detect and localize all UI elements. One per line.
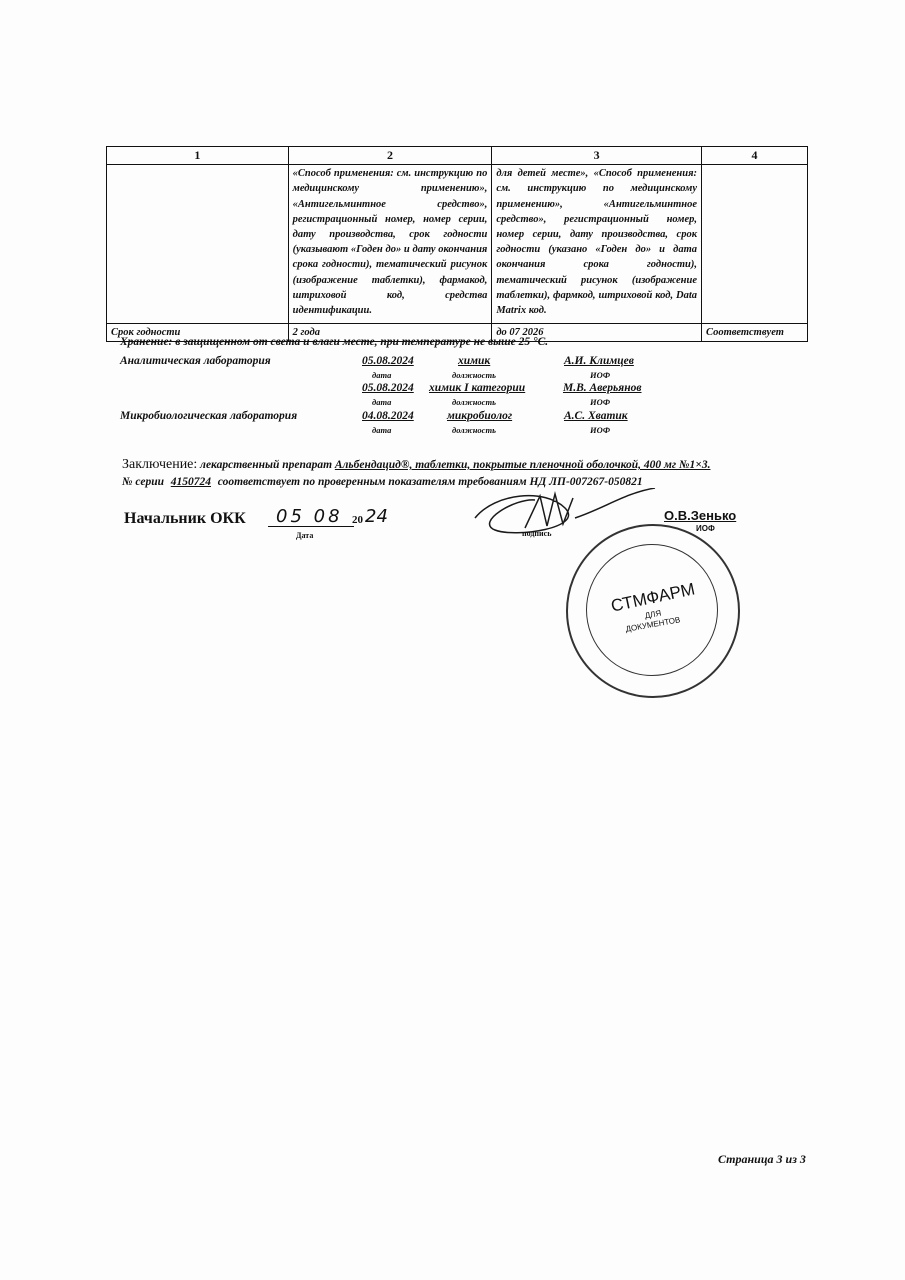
header-cell: 4 xyxy=(702,147,808,165)
conclusion-text: соответствует по проверенным показателям… xyxy=(218,476,643,488)
table-row: «Способ применения: см. инструкцию по ме… xyxy=(107,165,808,324)
header-cell: 3 xyxy=(492,147,702,165)
date-label: дата xyxy=(372,370,391,380)
handwritten-year: 24 xyxy=(365,506,388,527)
storage-note: Хранение: в защищенном от света и влаги … xyxy=(120,336,548,348)
lab-date: 04.08.2024 xyxy=(362,410,414,422)
table-header-row: 1 2 3 4 xyxy=(107,147,808,165)
signature-caption: подпись xyxy=(522,529,551,538)
table-cell: для детей месте», «Способ применения: см… xyxy=(492,165,702,324)
lab-position: химик xyxy=(458,355,490,367)
lab-name: Микробиологическая лаборатория xyxy=(120,410,297,422)
table-cell: Соответствует xyxy=(702,324,808,342)
lab-name: Аналитическая лаборатория xyxy=(120,355,271,367)
company-stamp: СТМФАРМ ДЛЯ ДОКУМЕНТОВ xyxy=(566,524,740,698)
year-prefix: 20 xyxy=(352,514,363,526)
person-label: ИОФ xyxy=(590,370,610,380)
date-caption: Дата xyxy=(296,531,313,540)
conclusion-label: Заключение: xyxy=(122,457,197,472)
lab-date: 05.08.2024 xyxy=(362,382,414,394)
table-cell: «Способ применения: см. инструкцию по ме… xyxy=(288,165,492,324)
spec-table: 1 2 3 4 «Способ применения: см. инструкц… xyxy=(106,146,808,342)
signoff-person: О.В.Зенько xyxy=(664,508,736,523)
table-cell xyxy=(702,165,808,324)
header-cell: 1 xyxy=(107,147,289,165)
position-label: должность xyxy=(452,397,496,407)
person-label: ИОФ xyxy=(590,425,610,435)
date-label: дата xyxy=(372,425,391,435)
person-label: ИОФ xyxy=(590,397,610,407)
lab-person: М.В. Аверьянов xyxy=(563,382,642,394)
position-label: должность xyxy=(452,425,496,435)
person-caption: ИОФ xyxy=(696,524,715,533)
table-cell xyxy=(107,165,289,324)
position-label: должность xyxy=(452,370,496,380)
lab-person: А.С. Хватик xyxy=(564,410,628,422)
product-name: Альбендацид®, таблетки, покрытые пленочн… xyxy=(335,459,711,471)
lab-position: микробиолог xyxy=(447,410,512,422)
lab-date: 05.08.2024 xyxy=(362,355,414,367)
handwritten-date: 05 08 xyxy=(276,506,343,527)
signoff-title: Начальник ОКК xyxy=(124,510,246,528)
date-label: дата xyxy=(372,397,391,407)
page-number: Страница 3 из 3 xyxy=(718,1152,806,1167)
conclusion-text: лекарственный препарат xyxy=(200,459,332,471)
header-cell: 2 xyxy=(288,147,492,165)
lab-position: химик I категории xyxy=(429,382,525,394)
batch-number: 4150724 xyxy=(171,476,211,488)
lab-person: А.И. Климцев xyxy=(564,355,634,367)
batch-label: № серии xyxy=(122,476,164,488)
conclusion: Заключение: лекарственный препарат Альбе… xyxy=(122,456,802,491)
